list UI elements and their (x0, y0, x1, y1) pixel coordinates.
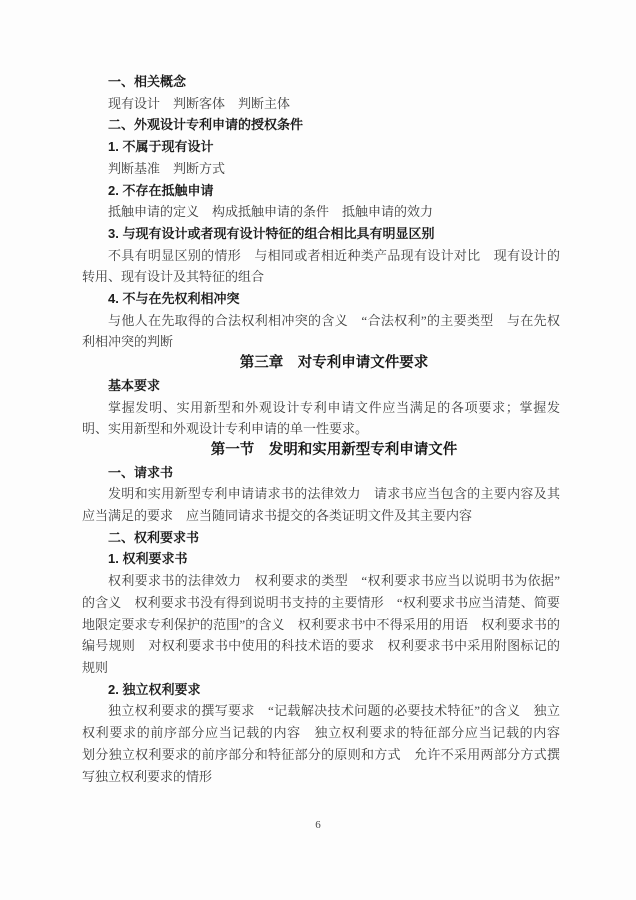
document-content: 一、相关概念 现有设计 判断客体 判断主体 二、外观设计专利申请的授权条件 1.… (82, 71, 560, 787)
outline-detail: 不具有明显区别的情形 与相同或者相近种类产品现有设计对比 现有设计的转用、现有设… (82, 245, 560, 288)
outline-detail: 现有设计 判断客体 判断主体 (82, 93, 560, 115)
outline-detail: 掌握发明、实用新型和外观设计专利申请文件应当满足的各项要求；掌握发明、实用新型和… (82, 397, 560, 440)
outline-detail: 独立权利要求的撰写要求 “记载解决技术问题的必要技术特征”的含义 独立权利要求的… (82, 700, 560, 787)
outline-heading: 一、相关概念 (82, 71, 560, 93)
outline-heading: 2. 独立权利要求 (82, 679, 560, 701)
outline-heading: 基本要求 (82, 375, 560, 397)
outline-heading: 2. 不存在抵触申请 (82, 180, 560, 202)
outline-heading: 1. 不属于现有设计 (82, 136, 560, 158)
outline-detail: 发明和实用新型专利申请请求书的法律效力 请求书应当包含的主要内容及其应当满足的要… (82, 483, 560, 526)
page-number: 6 (0, 819, 636, 831)
outline-detail: 判断基准 判断方式 (82, 158, 560, 180)
outline-heading: 3. 与现有设计或者现有设计特征的组合相比具有明显区别 (82, 223, 560, 245)
outline-heading: 二、外观设计专利申请的授权条件 (82, 114, 560, 136)
outline-heading: 一、请求书 (82, 462, 560, 484)
chapter-heading: 第三章 对专利申请文件要求 (82, 353, 560, 375)
document-page: 一、相关概念 现有设计 判断客体 判断主体 二、外观设计专利申请的授权条件 1.… (0, 0, 636, 900)
outline-detail: 与他人在先取得的合法权利相冲突的含义 “合法权利”的主要类型 与在先权利相冲突的… (82, 310, 560, 353)
outline-detail: 抵触申请的定义 构成抵触申请的条件 抵触申请的效力 (82, 201, 560, 223)
section-heading: 第一节 发明和实用新型专利申请文件 (82, 440, 560, 462)
outline-heading: 1. 权利要求书 (82, 548, 560, 570)
outline-detail: 权利要求书的法律效力 权利要求的类型 “权利要求书应当以说明书为依据”的含义 权… (82, 570, 560, 679)
outline-heading: 4. 不与在先权利相冲突 (82, 288, 560, 310)
outline-heading: 二、权利要求书 (82, 527, 560, 549)
